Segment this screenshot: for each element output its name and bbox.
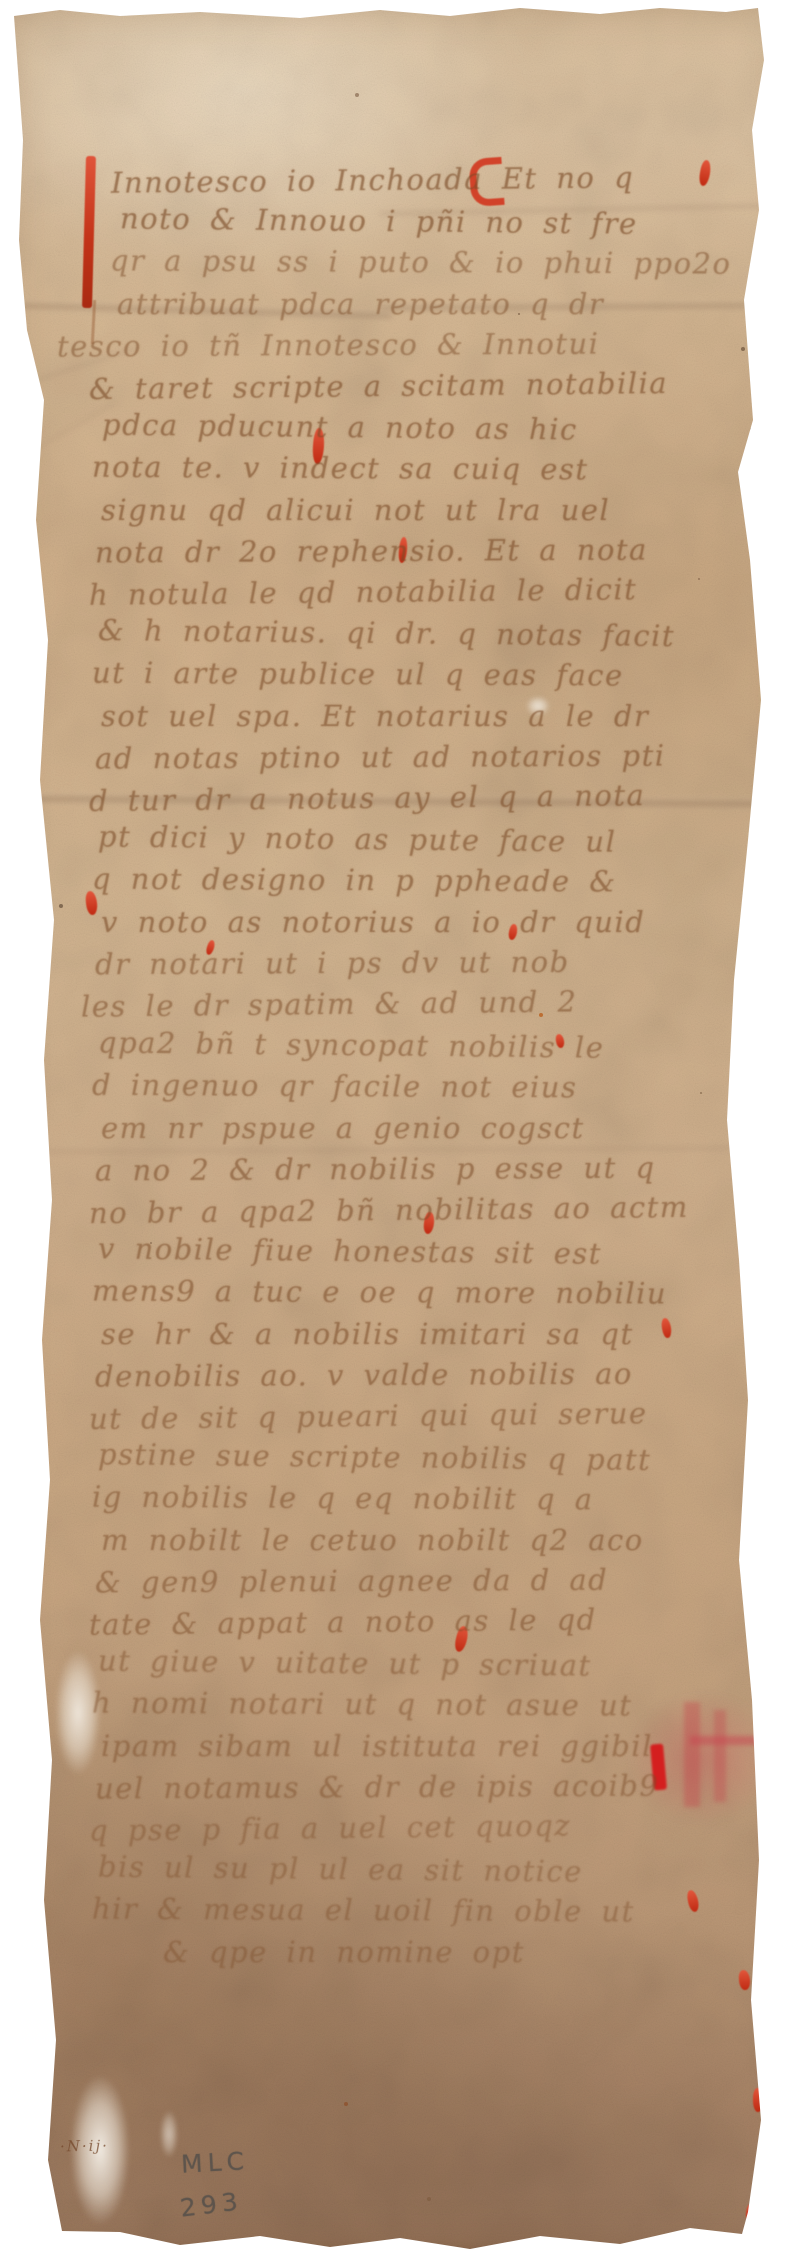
ink-specks	[0, 0, 2, 2]
manuscript-photo: Innotesco io Inchoada Et no qnoto & Inno…	[0, 0, 800, 2250]
edge-vignette	[0, 0, 800, 2250]
manuscript-leaf: Innotesco io Inchoada Et no qnoto & Inno…	[0, 0, 800, 2250]
